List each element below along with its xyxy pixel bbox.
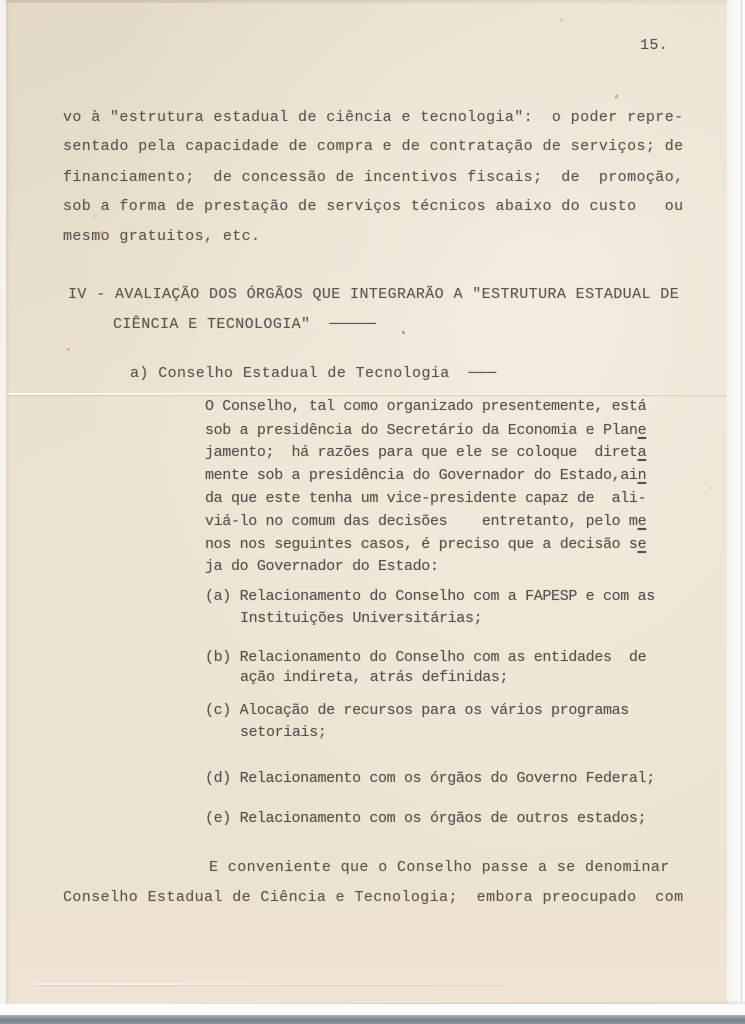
intro-paragraph-line-1: vo à "estrutura estadual de ciência e te… (63, 110, 684, 126)
council-paragraph-line-7: nos nos seguintes casos, é preciso que a… (205, 537, 646, 553)
closing-paragraph-line-1: E conveniente que o Conselho passe a se … (209, 860, 670, 876)
council-paragraph-line-5: da que este tenha um vice-presidente cap… (205, 491, 646, 507)
council-paragraph-line-8: ja do Governador do Estado: (205, 559, 439, 575)
council-paragraph-line-6: viá-lo no comum das decisões entretanto,… (205, 514, 646, 530)
intro-paragraph-line-5: mesmo gratuitos, etc. (63, 229, 260, 245)
list-item-a-line-2: Instituições Universitárias; (240, 611, 482, 627)
list-item-b-line-2: ação indireta, atrás definidas; (240, 670, 508, 686)
intro-paragraph-line-4: sob a forma de prestação de serviços téc… (63, 199, 684, 215)
continuation-underline: e (638, 422, 647, 439)
council-paragraph-line-4: mente sob a presidência do Governador do… (205, 468, 646, 484)
intro-paragraph-line-3: financiamento; de concessão de incentivo… (63, 170, 684, 186)
subsection-a-heading: a) Conselho Estadual de Tecnologia ─── (130, 366, 497, 382)
list-item-b-line-1: (b) Relacionamento do Conselho com as en… (205, 650, 646, 666)
paper-edge-shadow-left (6, 0, 11, 1024)
page-number: 15. (640, 38, 668, 54)
scan-edge-top (0, 0, 745, 3)
scan-edge-left (0, 0, 6, 1024)
scan-edge-right (727, 0, 745, 1024)
section-iv-heading-line-1: IV - AVALIAÇÃO DOS ÓRGÃOS QUE INTEGRARÃO… (68, 287, 679, 303)
council-paragraph-line-3: jamento; há razões para que ele se coloq… (205, 445, 646, 461)
list-item-a-line-1: (a) Relacionamento do Conselho com a FAP… (205, 589, 655, 605)
scanned-page: 15.vo à "estrutura estadual de ciência e… (0, 0, 745, 1024)
scanner-lid-band (0, 1015, 745, 1024)
continuation-underline: e (638, 536, 647, 553)
list-item-c-line-2: setoriais; (240, 725, 327, 741)
list-item-e: (e) Relacionamento com os órgãos de outr… (205, 811, 646, 827)
continuation-underline: a (638, 444, 647, 461)
council-paragraph-line-1: O Conselho, tal como organizado presente… (205, 399, 646, 415)
list-item-d: (d) Relacionamento com os órgãos do Gove… (205, 771, 655, 787)
list-item-c-line-1: (c) Alocação de recursos para os vários … (205, 703, 629, 719)
scan-edge-right-line (741, 0, 742, 1024)
continuation-underline: e (638, 513, 647, 530)
section-iv-heading-line-2: CIÊNCIA E TECNOLOGIA" ───── (113, 317, 376, 333)
intro-paragraph-line-2: sentado pela capacidade de compra e de c… (63, 139, 684, 155)
closing-paragraph-line-2: Conselho Estadual de Ciência e Tecnologi… (63, 890, 684, 906)
document-text-layer: 15.vo à "estrutura estadual de ciência e… (0, 0, 745, 1024)
council-paragraph-line-2: sob a presidência do Secretário da Econo… (205, 423, 646, 439)
continuation-underline: n (638, 467, 647, 484)
